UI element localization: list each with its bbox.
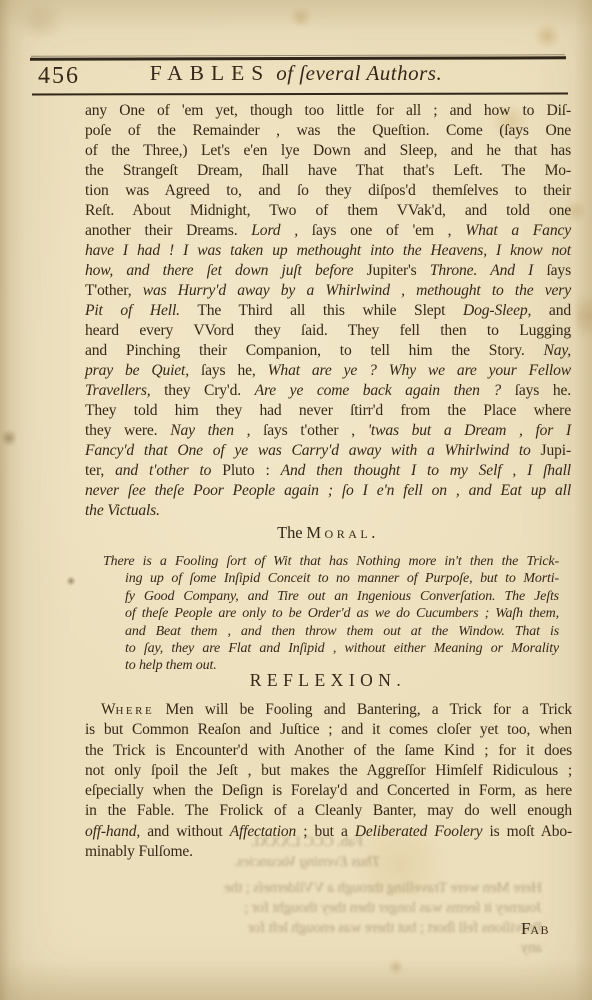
text-segment: not only ſpoil the Jeſt , but makes the … [85,762,572,779]
text-segment: tion was Agreed to, and ſo they diſpos'd… [85,182,571,199]
text-line: the Trick is Encounter'd with Another of… [85,741,572,761]
text-segment: the Victuals. [85,502,160,519]
text-segment: ; but a [303,823,355,840]
text-segment: ſays one of 'em , [298,222,465,239]
text-segment: the Strangeſt Dream, ſhall have That tha… [85,162,571,179]
text-segment: here [115,701,154,718]
text-segment: and Pinching their Companion, to tell hi… [85,342,543,359]
text-segment: Jupi- [541,442,571,459]
text-line: and Pinching their Companion, to tell hi… [85,341,571,361]
text-line: ter, and t'other to Pluto : And then tho… [85,461,571,481]
text-line: Pit of Hell. The Third all this while Sl… [85,301,571,321]
text-segment: The [277,523,306,542]
text-segment: any [521,940,542,956]
text-segment: ſays [533,262,571,279]
text-line: they were. Nay then , ſays t'other , 'tw… [85,421,571,441]
text-segment: ing up of ſome Inſipid Conceit to no man… [125,571,559,586]
text-line: Proviſions fell ſhort ; but there was en… [72,918,542,938]
text-segment: 'twas but a Dream , for I [368,422,571,439]
text-line: of theſe People are only to be Order'd a… [125,605,559,622]
text-line: in the Fable. The Frolick of a Cleanly B… [85,801,572,821]
text-line: any [72,938,542,958]
header-rule-bottom [32,93,568,96]
text-segment: heard every VVord they ſaid. They fell t… [85,322,571,339]
catchword: Fab [521,919,550,939]
text-segment: Throne. And I [430,262,533,279]
text-segment: Affectation [230,823,304,840]
text-segment: how, and there ſet down juſt before [85,262,367,279]
text-segment: was Hurry'd away by a Whirlwind , methou… [143,282,571,299]
text-line: any One of 'em yet, though too little fo… [85,101,571,121]
text-segment: another their Dreams. [85,222,251,239]
fable-body-text: any One of 'em yet, though too little fo… [85,101,571,521]
text-line: There is a Fooling ſort of Wit that has … [125,553,559,570]
text-segment: never ſee theſe Poor People again ; ſo I… [85,482,571,499]
text-segment: they Cry'd. [164,382,254,399]
text-segment: Pluto : [222,462,280,479]
text-segment: any One of 'em yet, though too little fo… [85,102,571,119]
foxing-spot [288,8,314,26]
text-segment: to ſay, they are Flat and Inſipid , with… [125,641,559,656]
text-segment: Men will be Fooling and Bantering, a Tri… [154,701,572,718]
text-line: The Moral. [85,523,571,543]
text-line: fy Good Company, and Tire out an Ingenio… [125,588,559,605]
text-line: Where Men will be Fooling and Bantering,… [85,700,572,720]
text-segment: is moſt Abo- [489,823,572,840]
text-segment: The Third all this while Slept [180,302,463,319]
text-line: of the Three,) Let's e'en lye Down and S… [85,141,571,161]
text-segment: they were. [85,422,170,439]
text-segment: Dog-Sleep, [463,302,531,319]
text-line: minably Fulſome. [85,842,572,862]
text-segment: Jupiter's [367,262,430,279]
text-segment: Travellers, [85,382,164,399]
text-segment: is but Common Reaſon and Juſtice ; and i… [85,721,572,738]
text-line: Travellers, they Cry'd. Are ye come back… [85,381,571,401]
text-segment: ab [530,919,550,938]
text-segment: There is a Fooling ſort of Wit that has … [103,554,559,569]
text-segment: Moral. [306,523,378,542]
foxing-spot [532,24,562,48]
text-segment: minably Fulſome. [85,843,193,860]
text-line: Here Men were Travelling through a VVild… [72,878,542,898]
text-line: the Strangeſt Dream, ſhall have That tha… [85,161,571,181]
text-line: Journey it ſeems was longer then they th… [72,898,542,918]
text-segment: the Trick is Encounter'd with Another of… [85,742,572,759]
text-segment: eſpecially when the Deſign is Forelay'd … [85,782,572,799]
text-line: to ſay, they are Flat and Inſipid , with… [125,640,559,657]
ink-speck [66,576,76,586]
text-segment: ſays he. [501,382,571,399]
paper-stain [10,6,70,36]
moral-heading: The Moral. [85,523,571,543]
book-page-scan: Fab. CCC LXXXI.Thus Evening Vacancies.He… [0,0,592,1000]
text-segment: What a Fancy [465,222,571,239]
reflexion-text: Where Men will be Fooling and Bantering,… [85,700,572,862]
text-segment: Reſt. About Midnight, Two of them VVak'd… [85,202,571,219]
text-line: pray be Quiet, ſays he, What are ye ? Wh… [85,361,571,381]
running-title-italic: of ſeveral Authors. [276,61,442,85]
text-line: another their Dreams. Lord , ſays one of… [85,221,571,241]
text-line: Fancy'd that One of ye was Carry'd away … [85,441,571,461]
text-line: tion was Agreed to, and ſo they diſpos'd… [85,181,571,201]
text-line: Fab [521,919,550,939]
text-line: not only ſpoil the Jeſt , but makes the … [85,761,572,781]
text-segment: They told him they had never ſtirr'd fro… [85,402,571,419]
text-line: the Victuals. [85,501,571,521]
text-segment: W [101,701,115,718]
running-header: 456 FABLESof ſeveral Authors. [0,61,592,91]
foxing-spot [388,960,404,974]
text-segment: F [521,919,530,938]
text-line: poſe of the Remainder , was the Queſtion… [85,121,571,141]
running-title: FABLESof ſeveral Authors. [0,61,592,86]
text-line: ing up of ſome Inſipid Conceit to no man… [125,570,559,587]
text-segment: And then thought I to my Self , I ſhall [281,462,571,479]
text-line: T'other, was Hurry'd away by a Whirlwind… [85,281,571,301]
text-segment: Fancy'd that One of ye was Carry'd away … [85,442,541,459]
text-line: Reſt. About Midnight, Two of them VVak'd… [85,201,571,221]
text-line: eſpecially when the Deſign is Forelay'd … [85,781,572,801]
text-segment: and t'other to [115,462,222,479]
reflexion-heading: REFLEXION. [85,670,571,691]
text-segment: of theſe People are only to be Order'd a… [125,606,559,621]
text-line: never ſee theſe Poor People again ; ſo I… [85,481,571,501]
text-segment: Are ye come back again then ? [255,382,502,399]
text-segment: and [531,302,571,319]
text-line: They told him they had never ſtirr'd fro… [85,401,571,421]
text-line: have I had ! I was taken up methought in… [85,241,571,261]
text-segment: fy Good Company, and Tire out an Ingenio… [125,589,559,604]
text-line: off-hand, and without Affectation ; but … [85,822,572,842]
text-segment: and Beat them , and then throw them out … [125,624,559,639]
text-segment: ter, [85,462,115,479]
text-segment: in the Fable. The Frolick of a Cleanly B… [85,802,572,819]
foxing-spot [576,286,592,346]
text-line: and Beat them , and then throw them out … [125,623,559,640]
running-title-roman: FABLES [150,61,270,85]
text-segment: ſays t'other , [250,422,367,439]
text-segment: of the Three,) Let's e'en lye Down and S… [85,142,571,159]
text-segment: ſays he, [201,362,268,379]
text-segment: T'other, [85,282,143,299]
text-line: is but Common Reaſon and Juſtice ; and i… [85,720,572,740]
text-segment: off-hand, [85,823,147,840]
text-segment: and without [147,823,230,840]
text-line: how, and there ſet down juſt before Jupi… [85,261,571,281]
text-line: heard every VVord they ſaid. They fell t… [85,321,571,341]
text-segment: Lord , [251,222,298,239]
text-segment: pray be Quiet, [85,362,201,379]
text-segment: Proviſions fell ſhort ; but there was en… [248,920,542,936]
text-segment: Deliberated Foolery [355,823,490,840]
text-segment: Pit of Hell. [85,302,180,319]
text-segment: Here Men were Travelling through a VVild… [224,880,542,896]
text-segment: have I had ! I was taken up methought in… [85,242,571,259]
text-segment: What are ye ? Why we are your Fellow [268,362,571,379]
text-segment: poſe of the Remainder , was the Queſtion… [85,122,571,139]
text-segment: Nay then , [170,422,250,439]
text-segment: Nay, [543,342,571,359]
ink-speck [2,428,16,448]
moral-text: There is a Fooling ſort of Wit that has … [125,553,559,675]
text-segment: Journey it ſeems was longer then they th… [244,900,542,916]
